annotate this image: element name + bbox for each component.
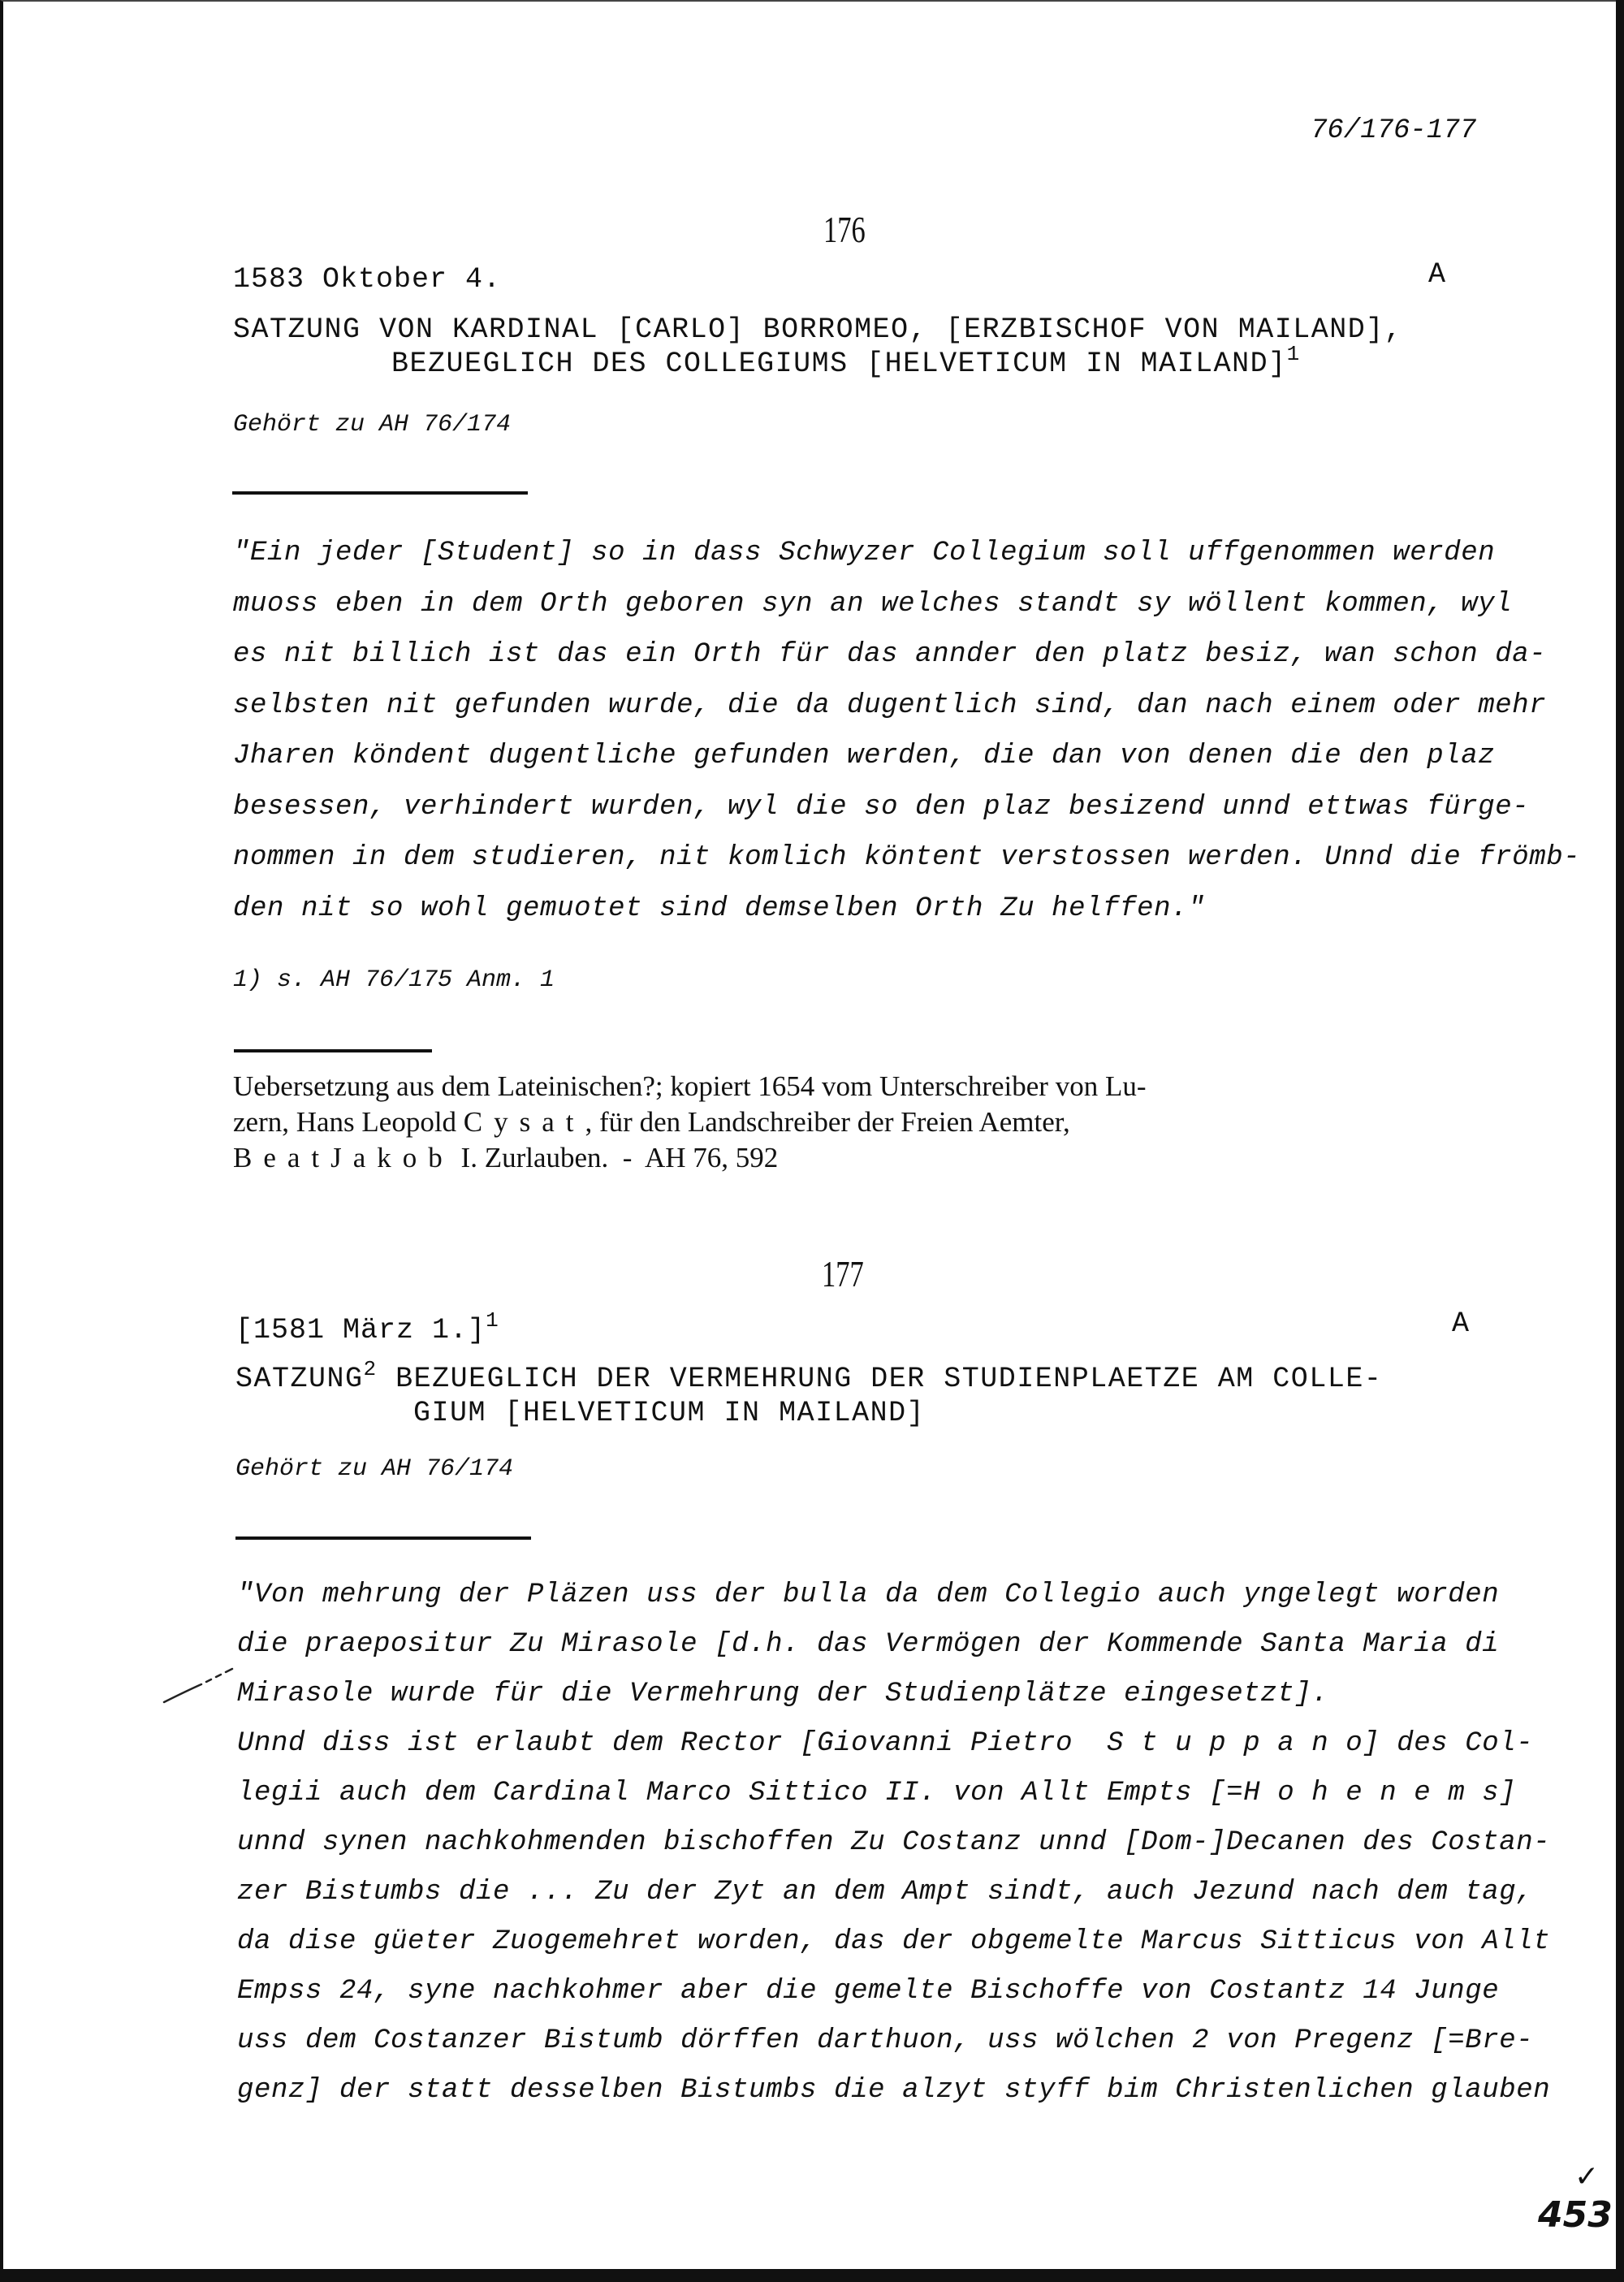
document-date: 1583 Oktober 4. — [233, 263, 501, 296]
document-title-line: GIUM [HELVETICUM IN MAILAND] — [413, 1397, 925, 1429]
source-line: Uebersetzung aus dem Lateinischen?; kopi… — [233, 1069, 1147, 1104]
quote-line: genz] der statt desselben Bistumbs die a… — [237, 2066, 1550, 2116]
quoted-text: "Ein jeder [Student] so in dass Schwyzer… — [233, 528, 1580, 934]
quote-line: nommen in dem studieren, nit komlich kön… — [233, 832, 1580, 884]
spaced-name: BeatJakob — [233, 1142, 454, 1173]
pencil-mark-icon — [162, 1666, 235, 1707]
source-line: zern, Hans Leopold Cysat, für den Landsc… — [233, 1104, 1147, 1140]
section-divider — [232, 491, 528, 495]
belongs-to-note: Gehört zu AH 76/174 — [235, 1455, 513, 1483]
handwritten-folio-number: 453 — [1538, 2194, 1613, 2236]
footnote-mark: 1 — [486, 1308, 499, 1333]
quote-line: uss dem Costanzer Bistumb dörffen darthu… — [237, 2016, 1550, 2066]
document-type-marker: A — [1428, 258, 1445, 291]
quote-line: da dise güeter Zuogemehret worden, das d… — [237, 1917, 1550, 1967]
quote-line: Unnd diss ist erlaubt dem Rector [Giovan… — [237, 1719, 1550, 1769]
quote-line: Mirasole wurde für die Vermehrung der St… — [237, 1670, 1550, 1719]
footnote-mark: 2 — [364, 1357, 378, 1381]
document-number: 176 — [823, 208, 866, 251]
title-text: BEZUEGLICH DES COLLEGIUMS [HELVETICUM IN… — [391, 348, 1287, 380]
page-reference: 76/176-177 — [1311, 115, 1476, 146]
source-line: BeatJakob I. Zurlauben. - AH 76, 592 — [233, 1140, 1147, 1176]
quote-line: zer Bistumbs die ... Zu der Zyt an dem A… — [237, 1868, 1550, 1917]
quote-line: Jharen köndent dugentliche gefunden werd… — [233, 731, 1580, 782]
scan-edge-bottom — [0, 2269, 1624, 2282]
section-divider — [234, 1049, 432, 1052]
spaced-name: Cysat — [464, 1106, 585, 1138]
document-date: [1581 März 1.]1 — [235, 1314, 499, 1346]
quote-line: "Ein jeder [Student] so in dass Schwyzer… — [233, 528, 1580, 579]
scan-edge-right — [1616, 0, 1624, 2282]
check-mark-icon: ✓ — [1574, 2160, 1599, 2193]
quote-line: unnd synen nachkohmenden bischoffen Zu C… — [237, 1818, 1550, 1868]
document-number: 177 — [822, 1252, 864, 1295]
quote-line: besessen, verhindert wurden, wyl die so … — [233, 782, 1580, 833]
footnote-mark: 1 — [1287, 342, 1301, 366]
quote-line: legii auch dem Cardinal Marco Sittico II… — [237, 1769, 1550, 1818]
document-type-marker: A — [1452, 1307, 1469, 1340]
quote-line: die praepositur Zu Mirasole [d.h. das Ve… — [237, 1620, 1550, 1670]
footnote: 1) s. AH 76/175 Anm. 1 — [233, 966, 555, 994]
quote-line: "Von mehrung der Pläzen uss der bulla da… — [237, 1571, 1550, 1620]
document-title-line: SATZUNG2 BEZUEGLICH DER VERMEHRUNG DER S… — [235, 1363, 1382, 1395]
document-title-line: BEZUEGLICH DES COLLEGIUMS [HELVETICUM IN… — [391, 348, 1301, 380]
quote-line: Empss 24, syne nachkohmer aber die gemel… — [237, 1967, 1550, 2016]
document-page: 76/176-177 176 1583 Oktober 4. A SATZUNG… — [0, 0, 1619, 2271]
section-divider — [235, 1536, 531, 1540]
source-note: Uebersetzung aus dem Lateinischen?; kopi… — [233, 1069, 1147, 1176]
quote-line: selbsten nit gefunden wurde, die da duge… — [233, 681, 1580, 732]
document-title-line: SATZUNG VON KARDINAL [CARLO] BORROMEO, [… — [233, 313, 1402, 346]
belongs-to-note: Gehört zu AH 76/174 — [233, 411, 511, 439]
quote-line: es nit billich ist das ein Orth für das … — [233, 629, 1580, 681]
quote-line: muoss eben in dem Orth geboren syn an we… — [233, 579, 1580, 630]
quote-line: den nit so wohl gemuotet sind demselben … — [233, 884, 1580, 935]
quoted-text: "Von mehrung der Pläzen uss der bulla da… — [237, 1571, 1550, 2116]
